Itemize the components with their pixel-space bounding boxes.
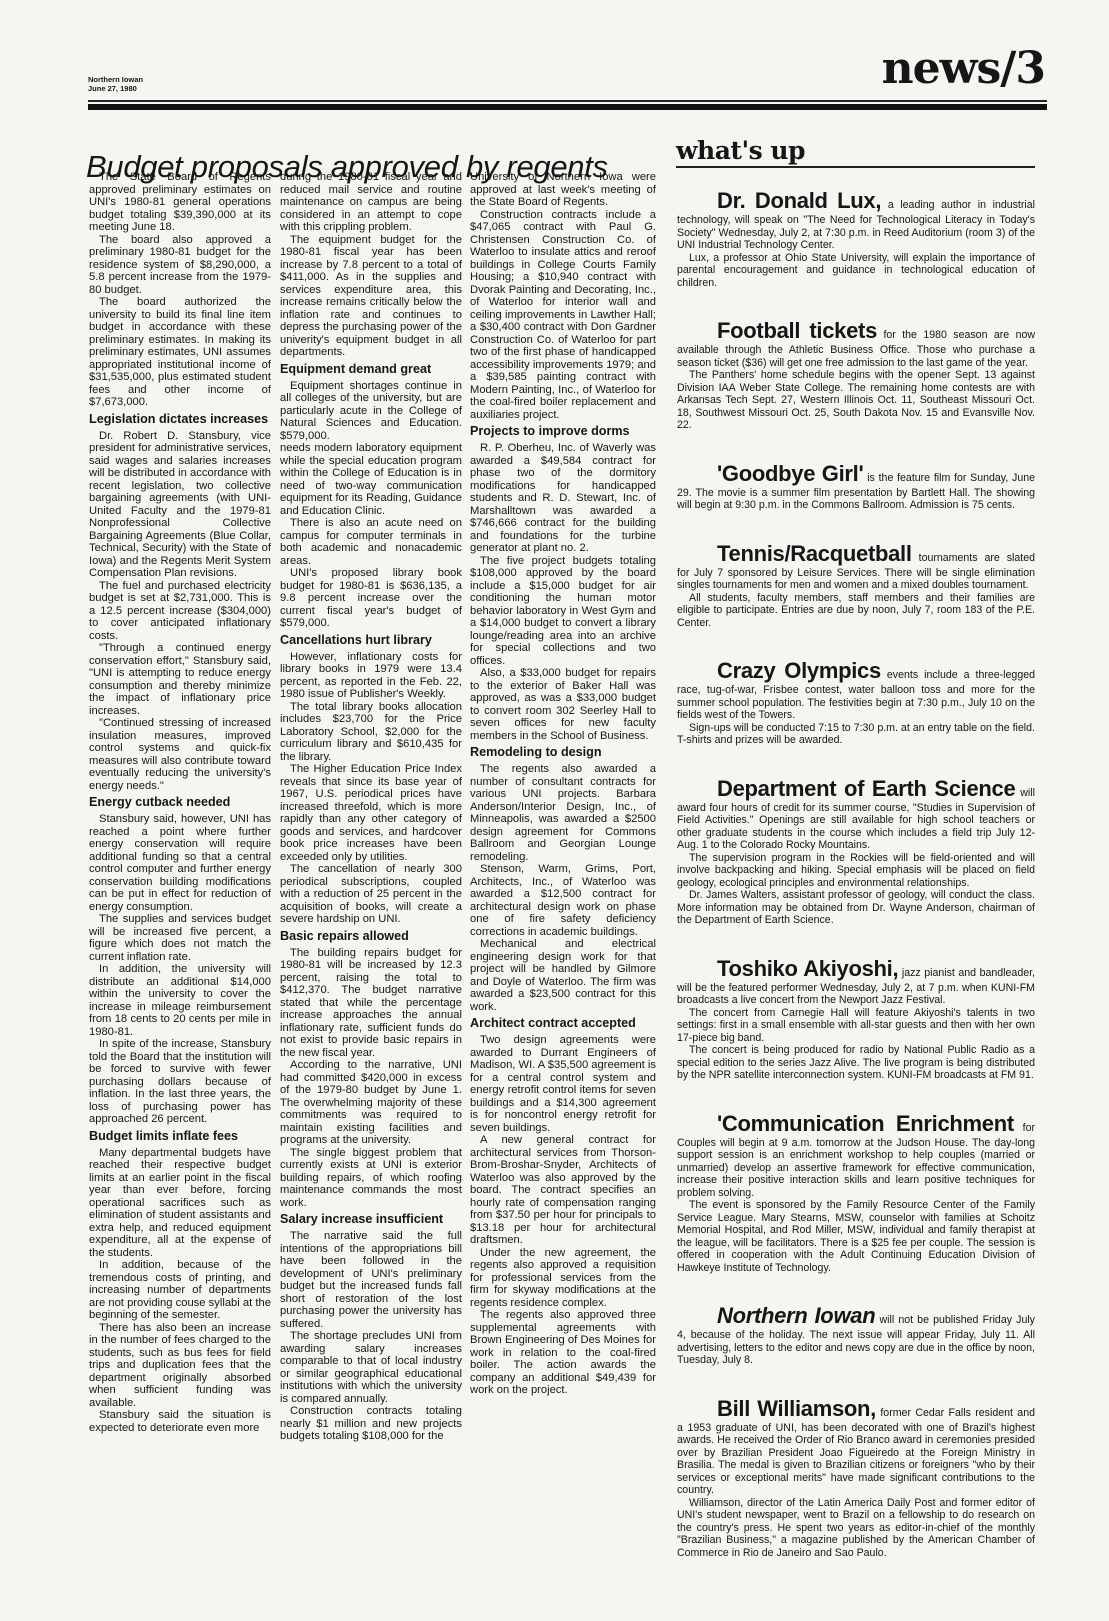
article-paragraph: during the 1980-81 fiscal year and reduc…: [280, 171, 462, 234]
article-paragraph: The fuel and purchased electricity budge…: [89, 580, 271, 643]
whats-up-item: Crazy Olympics events include a three-le…: [677, 658, 1035, 747]
item-lead: Dr. Donald Lux, a leading author in indu…: [677, 188, 1035, 252]
subhead: Cancellations hurt library: [280, 633, 462, 647]
article-paragraph: R. P. Oberheu, Inc. of Waverly was award…: [470, 442, 656, 555]
item-kicker: 'Goodbye Girl': [717, 461, 863, 486]
whats-up-item: 'Communication Enrichment for Couples wi…: [677, 1111, 1035, 1275]
item-lead: Toshiko Akiyoshi, jazz pianist and bandl…: [677, 956, 1035, 1007]
masthead-rule-thin: [88, 100, 1047, 102]
item-paragraph: The event is sponsored by the Family Res…: [677, 1199, 1035, 1274]
whats-up-column: Dr. Donald Lux, a leading author in indu…: [677, 188, 1035, 1588]
article-paragraph: Many departmental budgets have reached t…: [89, 1147, 271, 1260]
whats-up-title: what's up: [676, 136, 805, 166]
article-column-2: during the 1980-81 fiscal year and reduc…: [280, 171, 462, 1443]
article-paragraph: There is also an acute need on campus fo…: [280, 517, 462, 567]
article-paragraph: In addition, because of the tremendous c…: [89, 1259, 271, 1322]
subhead: Remodeling to design: [470, 745, 656, 759]
item-kicker: Toshiko Akiyoshi,: [717, 956, 898, 981]
item-paragraph: The concert from Carnegie Hall will feat…: [677, 1007, 1035, 1045]
article-paragraph: Construction contracts include a $47,065…: [470, 209, 656, 422]
article-paragraph: However, inflationary costs for library …: [280, 651, 462, 701]
subhead: Salary increase insufficient: [280, 1212, 462, 1226]
article-paragraph: The cancellation of nearly 300 periodica…: [280, 863, 462, 926]
item-kicker: Department of Earth Science: [717, 776, 1015, 801]
article-paragraph: The shortage precludes UNI from awarding…: [280, 1330, 462, 1405]
whats-up-item: 'Goodbye Girl' is the feature film for S…: [677, 461, 1035, 512]
item-kicker: Northern Iowan: [717, 1303, 875, 1328]
article-paragraph: According to the narrative, UNI had comm…: [280, 1059, 462, 1147]
item-paragraph: The supervision program in the Rockies w…: [677, 852, 1035, 890]
article-paragraph: Construction contracts totaling nearly $…: [280, 1405, 462, 1443]
item-paragraph: The concert is being produced for radio …: [677, 1044, 1035, 1082]
article-paragraph: UNI's proposed library book budget for 1…: [280, 567, 462, 630]
article-paragraph: Dr. Robert D. Stansbury, vice president …: [89, 430, 271, 580]
item-kicker: Tennis/Racquetball: [717, 541, 912, 566]
item-kicker: Crazy Olympics: [717, 658, 881, 683]
whats-up-item: Bill Williamson, former Cedar Falls resi…: [677, 1396, 1035, 1560]
item-paragraph: Dr. James Walters, assistant professor o…: [677, 889, 1035, 927]
item-kicker: Bill Williamson,: [717, 1396, 876, 1421]
article-paragraph: There has also been an increase in the n…: [89, 1322, 271, 1410]
article-paragraph: The supplies and services budget will be…: [89, 913, 271, 963]
item-kicker: Football tickets: [717, 318, 877, 343]
whats-up-rule: [676, 166, 1035, 168]
item-lead: 'Goodbye Girl' is the feature film for S…: [677, 461, 1035, 512]
article-paragraph: The State Board of Regents approved prel…: [89, 171, 271, 234]
publication-name: Northern Iowan: [88, 75, 143, 84]
article-paragraph: The single biggest problem that currentl…: [280, 1147, 462, 1210]
article-paragraph: Also, a $33,000 budget for repairs to th…: [470, 667, 656, 742]
subhead: Budget limits inflate fees: [89, 1129, 271, 1143]
item-kicker: 'Communication Enrichment: [717, 1111, 1014, 1136]
article-paragraph: Equipment shortages continue in all coll…: [280, 380, 462, 443]
article-paragraph: The board also approved a preliminary 19…: [89, 234, 271, 297]
article-paragraph: The total library books allocation inclu…: [280, 701, 462, 764]
section-flag: news/3: [882, 44, 1045, 94]
subhead: Legislation dictates increases: [89, 412, 271, 426]
article-paragraph: needs modern laboratory equipment while …: [280, 442, 462, 517]
article-paragraph: The Higher Education Price Index reveals…: [280, 763, 462, 863]
whats-up-item: Department of Earth Science will award f…: [677, 776, 1035, 927]
article-paragraph: The board authorized the university to b…: [89, 296, 271, 409]
subhead: Architect contract accepted: [470, 1016, 656, 1030]
item-paragraph: The Panthers' home schedule begins with …: [677, 369, 1035, 432]
article-paragraph: University of Northern Iowa were approve…: [470, 171, 656, 209]
item-lead: Northern Iowan will not be published Fri…: [677, 1303, 1035, 1367]
article-paragraph: Stansbury said the situation is expected…: [89, 1409, 271, 1434]
article-paragraph: The building repairs budget for 1980-81 …: [280, 947, 462, 1060]
article-paragraph: In spite of the increase, Stansbury told…: [89, 1038, 271, 1126]
subhead: Projects to improve dorms: [470, 424, 656, 438]
whats-up-item: Football tickets for the 1980 season are…: [677, 318, 1035, 432]
article-paragraph: Under the new agreement, the regents als…: [470, 1247, 656, 1310]
masthead-rule-thick: [88, 104, 1047, 110]
item-lead: 'Communication Enrichment for Couples wi…: [677, 1111, 1035, 1200]
item-lead: Tennis/Racquetball tournaments are slate…: [677, 541, 1035, 592]
item-kicker: Dr. Donald Lux,: [717, 188, 881, 213]
article-paragraph: The regents also approved three suppleme…: [470, 1309, 656, 1397]
subhead: Equipment demand great: [280, 362, 462, 376]
article-column-3: University of Northern Iowa were approve…: [470, 171, 656, 1397]
subhead: Energy cutback needed: [89, 795, 271, 809]
article-paragraph: In addition, the university will distrib…: [89, 963, 271, 1038]
article-paragraph: Stansbury said, however, UNI has reached…: [89, 813, 271, 913]
item-lead: Football tickets for the 1980 season are…: [677, 318, 1035, 369]
article-paragraph: Mechanical and electrical engineering de…: [470, 938, 656, 1013]
article-paragraph: "Through a continued energy conservation…: [89, 642, 271, 717]
item-lead: Bill Williamson, former Cedar Falls resi…: [677, 1396, 1035, 1497]
issue-date: June 27, 1980: [88, 84, 143, 93]
whats-up-item: Toshiko Akiyoshi, jazz pianist and bandl…: [677, 956, 1035, 1082]
item-lead: Crazy Olympics events include a three-le…: [677, 658, 1035, 722]
article-paragraph: The regents also awarded a number of con…: [470, 763, 656, 863]
article-paragraph: A new general contract for architectural…: [470, 1134, 656, 1247]
article-column-1: The State Board of Regents approved prel…: [89, 171, 271, 1434]
item-paragraph: Williamson, director of the Latin Americ…: [677, 1497, 1035, 1560]
item-paragraph: Lux, a professor at Ohio State Universit…: [677, 252, 1035, 290]
whats-up-item: Dr. Donald Lux, a leading author in indu…: [677, 188, 1035, 289]
subhead: Basic repairs allowed: [280, 929, 462, 943]
article-paragraph: The five project budgets totaling $108,0…: [470, 555, 656, 668]
item-lead: Department of Earth Science will award f…: [677, 776, 1035, 852]
article-paragraph: "Continued stressing of increased insula…: [89, 717, 271, 792]
article-paragraph: The narrative said the full intentions o…: [280, 1230, 462, 1330]
item-paragraph: All students, faculty members, staff mem…: [677, 592, 1035, 630]
masthead-meta: Northern Iowan June 27, 1980: [88, 75, 143, 93]
whats-up-item: Tennis/Racquetball tournaments are slate…: [677, 541, 1035, 630]
article-paragraph: Two design agreements were awarded to Du…: [470, 1034, 656, 1134]
whats-up-item: Northern Iowan will not be published Fri…: [677, 1303, 1035, 1367]
article-paragraph: Stenson, Warm, Grims, Port, Architects, …: [470, 863, 656, 938]
item-paragraph: Sign-ups will be conducted 7:15 to 7:30 …: [677, 722, 1035, 747]
article-paragraph: The equipment budget for the 1980-81 fis…: [280, 234, 462, 359]
